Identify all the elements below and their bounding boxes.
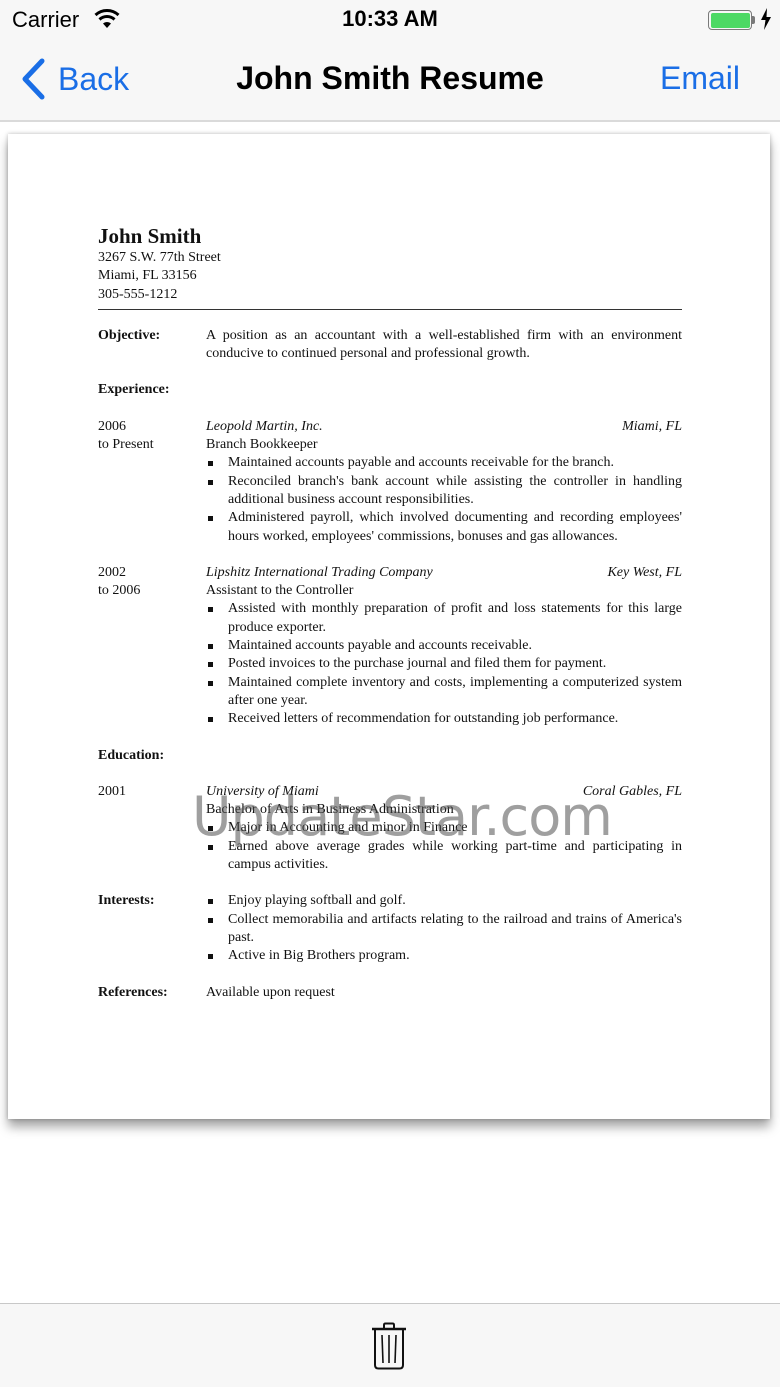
- interests-body: Enjoy playing softball and golf. Collect…: [206, 892, 682, 965]
- job-details: Lipshitz International Trading Company K…: [206, 564, 682, 729]
- bullet-item: Posted invoices to the purchase journal …: [206, 655, 682, 673]
- job-title: Branch Bookkeeper: [206, 436, 682, 454]
- bullet-item: Maintained accounts payable and accounts…: [206, 637, 682, 655]
- address-line-1: 3267 S.W. 77th Street: [98, 249, 682, 267]
- battery-icon: [708, 10, 752, 30]
- email-button[interactable]: Email: [660, 60, 740, 97]
- back-label: Back: [58, 61, 129, 98]
- top-bar: Carrier 10:33 AM Back John Smith Resume …: [0, 0, 780, 122]
- objective-section: Objective: A position as an accountant w…: [98, 327, 682, 364]
- references-text: Available upon request: [206, 984, 682, 1002]
- education-bullets: Major in Accounting and minor in Finance…: [206, 819, 682, 874]
- chevron-left-icon: [20, 58, 46, 100]
- bullet-item: Major in Accounting and minor in Finance: [206, 819, 682, 837]
- bullet-item: Enjoy playing softball and golf.: [206, 892, 682, 910]
- resume-document: John Smith 3267 S.W. 77th Street Miami, …: [98, 224, 682, 1002]
- status-bar: Carrier 10:33 AM: [0, 0, 780, 40]
- bullet-item: Earned above average grades while workin…: [206, 838, 682, 875]
- interests-bullets: Enjoy playing softball and golf. Collect…: [206, 892, 682, 965]
- header-divider: [98, 309, 682, 310]
- job-entry: 2002 to 2006 Lipshitz International Trad…: [98, 564, 682, 729]
- education-heading: Education:: [98, 747, 682, 765]
- bullet-item: Maintained accounts payable and accounts…: [206, 454, 682, 472]
- education-details: University of Miami Coral Gables, FL Bac…: [206, 783, 682, 874]
- job-details: Leopold Martin, Inc. Miami, FL Branch Bo…: [206, 418, 682, 546]
- experience-heading: Experience:: [98, 381, 682, 399]
- education-label: Education:: [98, 747, 206, 765]
- bullet-item: Collect memorabilia and artifacts relati…: [206, 911, 682, 948]
- back-button[interactable]: Back: [20, 57, 129, 101]
- job-bullets: Maintained accounts payable and accounts…: [206, 454, 682, 545]
- bullet-item: Administered payroll, which involved doc…: [206, 509, 682, 546]
- interests-section: Interests: Enjoy playing softball and go…: [98, 892, 682, 965]
- education-school: University of Miami: [206, 783, 319, 801]
- resume-name: John Smith: [98, 224, 682, 248]
- battery-tip: [752, 16, 755, 24]
- interests-label: Interests:: [98, 892, 206, 965]
- bullet-item: Assisted with monthly preparation of pro…: [206, 600, 682, 637]
- job-location: Miami, FL: [622, 418, 682, 436]
- education-location: Coral Gables, FL: [583, 783, 682, 801]
- education-entry: 2001 University of Miami Coral Gables, F…: [98, 783, 682, 874]
- job-end: to Present: [98, 436, 206, 454]
- experience-label: Experience:: [98, 381, 206, 399]
- job-start: 2006: [98, 418, 206, 436]
- job-location: Key West, FL: [607, 564, 682, 582]
- job-company: Lipshitz International Trading Company: [206, 564, 433, 582]
- bottom-toolbar: [0, 1303, 780, 1387]
- job-end: to 2006: [98, 582, 206, 600]
- address-line-2: Miami, FL 33156: [98, 267, 682, 285]
- job-dates: 2006 to Present: [98, 418, 206, 546]
- job-title: Assistant to the Controller: [206, 582, 682, 600]
- bullet-item: Maintained complete inventory and costs,…: [206, 674, 682, 711]
- job-dates: 2002 to 2006: [98, 564, 206, 729]
- references-label: References:: [98, 984, 206, 1002]
- education-year: 2001: [98, 783, 206, 874]
- charging-bolt-icon: [760, 8, 772, 30]
- bullet-item: Received letters of recommendation for o…: [206, 710, 682, 728]
- trash-icon[interactable]: [370, 1322, 408, 1370]
- status-time: 10:33 AM: [0, 6, 780, 32]
- navigation-bar: Back John Smith Resume Email: [0, 40, 780, 122]
- job-header: Lipshitz International Trading Company K…: [206, 564, 682, 582]
- bullet-item: Active in Big Brothers program.: [206, 947, 682, 965]
- job-entry: 2006 to Present Leopold Martin, Inc. Mia…: [98, 418, 682, 546]
- job-start: 2002: [98, 564, 206, 582]
- objective-label: Objective:: [98, 327, 206, 364]
- references-section: References: Available upon request: [98, 984, 682, 1002]
- job-bullets: Assisted with monthly preparation of pro…: [206, 600, 682, 728]
- bullet-item: Reconciled branch's bank account while a…: [206, 473, 682, 510]
- phone: 305-555-1212: [98, 286, 682, 304]
- education-header: University of Miami Coral Gables, FL: [206, 783, 682, 801]
- objective-text: A position as an accountant with a well-…: [206, 327, 682, 364]
- education-degree: Bachelor of Arts in Business Administrat…: [206, 801, 682, 819]
- job-company: Leopold Martin, Inc.: [206, 418, 323, 436]
- document-viewer[interactable]: John Smith 3267 S.W. 77th Street Miami, …: [0, 122, 780, 1303]
- job-header: Leopold Martin, Inc. Miami, FL: [206, 418, 682, 436]
- resume-page: John Smith 3267 S.W. 77th Street Miami, …: [8, 134, 770, 1119]
